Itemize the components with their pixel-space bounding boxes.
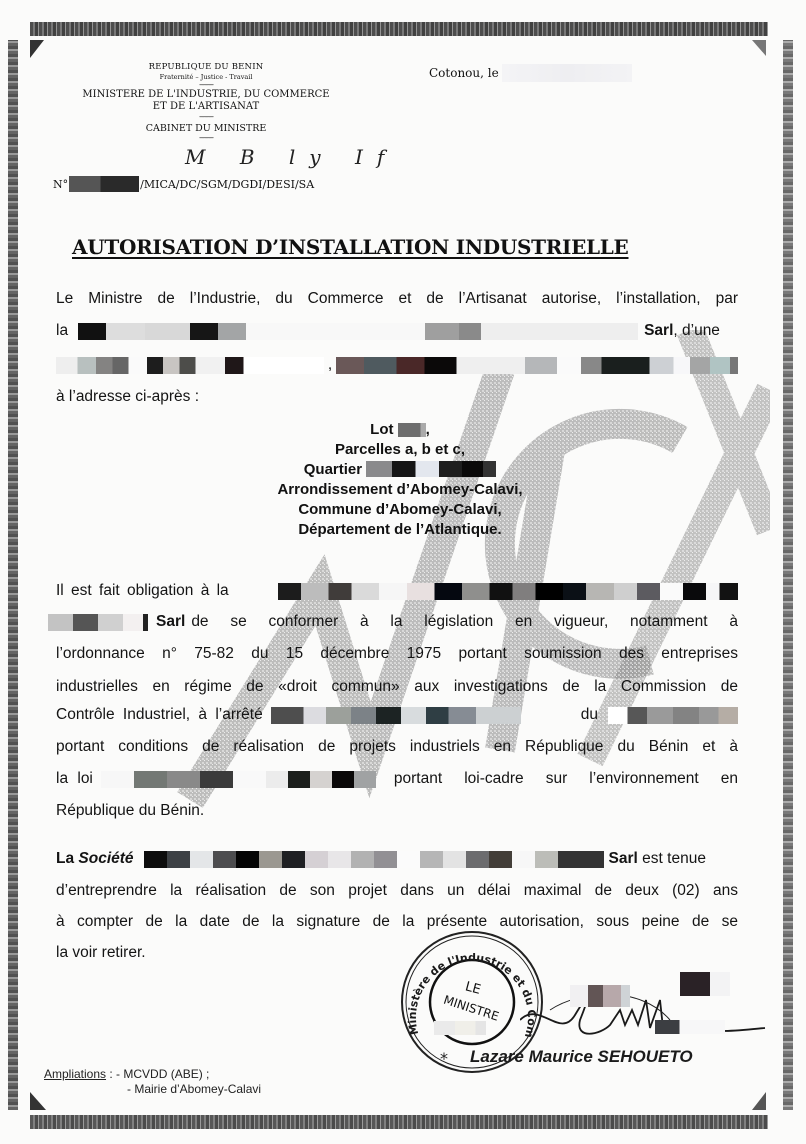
p2-line2: Sarl de se conformer à la législation en…: [56, 613, 738, 631]
ampliations: Ampliations : - MCVDD (ABE) ; - Mairie d…: [44, 1067, 261, 1097]
address-parcelles: Parcelles a, b et c,: [200, 440, 600, 460]
address-block: Lot , Parcelles a, b et c, Quartier Arro…: [200, 420, 600, 540]
p2-line5: Contrôle Industriel, à l’arrêté du: [56, 706, 738, 724]
address-quartier: Quartier: [200, 460, 600, 480]
redacted-signature-block: [680, 972, 730, 996]
republic-name: REPUBLIQUE DU BENIN: [56, 62, 356, 72]
address-commune: Commune d’Abomey-Calavi,: [200, 500, 600, 520]
redacted-arrete-ref: [271, 707, 521, 724]
address-lot: Lot ,: [200, 420, 600, 440]
signatory-name: Lazare Maurice SEHOUETO: [470, 1047, 693, 1067]
redacted-company-name-cont: [48, 614, 148, 631]
reference-number: N° /MICA/DC/SGM/DGDI/DESI/SA: [53, 176, 314, 192]
redacted-company-name: [78, 323, 638, 340]
city-label: Cotonou, le: [429, 66, 499, 80]
national-motto: Fraternité – Justice - Travail: [56, 73, 356, 81]
separator: ----------: [56, 113, 356, 121]
p1-line4: à l’adresse ci-après :: [56, 388, 738, 406]
ampliation-item: - MCVDD (ABE) ;: [116, 1067, 209, 1081]
p3-line2: d’entreprendre la réalisation de son pro…: [56, 882, 738, 900]
svg-text:LE: LE: [463, 979, 482, 997]
corner-mark-top-right: [752, 40, 766, 56]
ministry-name-line1: MINISTERE DE L'INDUSTRIE, DU COMMERCE: [56, 89, 356, 101]
redacted-company-name: [144, 851, 604, 868]
place-date: Cotonou, le: [429, 64, 632, 82]
ref-prefix: N°: [53, 178, 68, 191]
p1-line2: la Sarl , d’une: [56, 322, 738, 340]
redacted-signature-block: [570, 985, 630, 1007]
p3-line1: La Société Sarl est tenue: [56, 850, 738, 868]
ministry-name-line2: ET DE L'ARTISANAT: [56, 101, 356, 113]
separator: ----------: [56, 134, 356, 142]
redacted-quartier: [366, 461, 496, 477]
redacted-lot: [398, 423, 426, 437]
p2-line3: l’ordonnance n° 75-82 du 15 décembre 197…: [56, 645, 738, 663]
letterhead: REPUBLIQUE DU BENIN Fraternité – Justice…: [56, 62, 356, 142]
redacted-signature-block: [655, 1020, 725, 1034]
p2-line7: la loi portant loi-cadre sur l’environne…: [56, 770, 738, 788]
document-title: AUTORISATION D’INSTALLATION INDUSTRIELLE: [72, 235, 629, 259]
p3-line4: la voir retirer.: [56, 944, 738, 962]
ampliations-label: Ampliations: [44, 1067, 106, 1081]
address-departement: Département de l’Atlantique.: [200, 520, 600, 540]
p1-line1: Le Ministre de l’Industrie, du Commerce …: [56, 290, 738, 308]
frame-border-top: [30, 22, 768, 36]
frame-border-right: [783, 40, 793, 1110]
redacted-arrete-date: [608, 707, 738, 724]
address-arrondissement: Arrondissement d’Abomey-Calavi,: [200, 480, 600, 500]
svg-text:*: *: [440, 1049, 448, 1068]
redacted-stamp-area: [434, 1021, 486, 1035]
handwritten-initials: M B ly If: [185, 145, 398, 169]
p2-line1: Il est fait obligation à la: [56, 582, 738, 600]
corner-mark-bottom-right: [752, 1092, 766, 1110]
frame-border-bottom: [30, 1115, 768, 1129]
corner-mark-top-left: [30, 40, 44, 58]
redacted-date: [502, 64, 632, 82]
p2-line8: République du Bénin.: [56, 802, 738, 820]
redacted-activity-cont: [336, 357, 738, 374]
ref-suffix: /MICA/DC/SGM/DGDI/DESI/SA: [140, 178, 314, 191]
cabinet-name: CABINET DU MINISTRE: [56, 123, 356, 134]
redacted-activity: [56, 357, 324, 374]
handwritten-signature: [520, 990, 770, 1050]
redacted-loi-ref: [101, 771, 376, 788]
ampliation-item: - Mairie d’Abomey-Calavi: [44, 1082, 261, 1097]
p2-line6: portant conditions de réalisation de pro…: [56, 738, 738, 756]
p1-line3: ,: [56, 356, 738, 374]
redacted-ref-number: [69, 176, 139, 192]
separator: ----------: [56, 81, 356, 89]
redacted-company-name: [278, 583, 738, 600]
p3-line3: à compter de la date de la signature de …: [56, 913, 738, 931]
svg-text:MINISTRE: MINISTRE: [442, 993, 501, 1024]
frame-border-left: [8, 40, 18, 1110]
p2-line4: industrielles en régime de «droit commun…: [56, 678, 738, 696]
